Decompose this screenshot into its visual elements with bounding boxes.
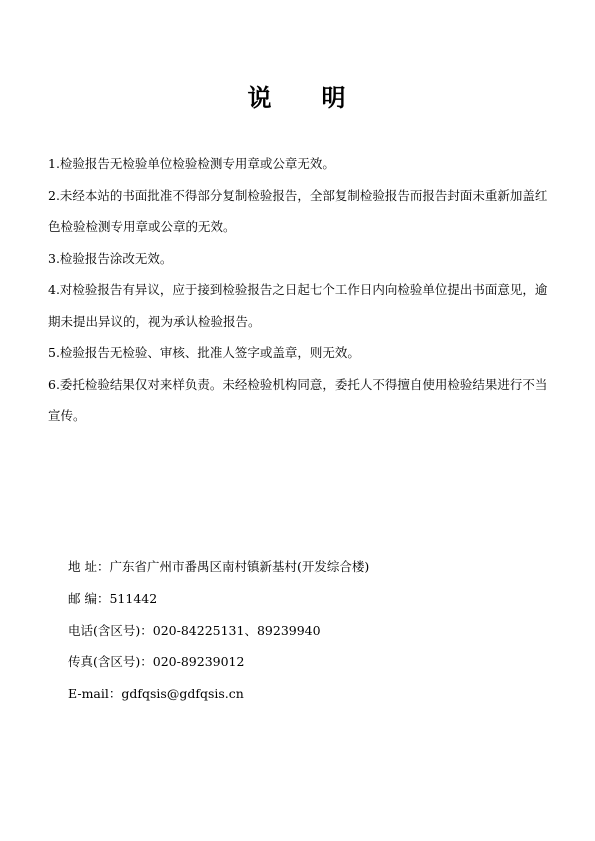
note-item-2: 2.未经本站的书面批准不得部分复制检验报告，全部复制检验报告而报告封面未重新加盖…: [48, 180, 558, 243]
note-item-6: 6.委托检验结果仅对来样负责。未经检验机构同意，委托人不得擅自使用检验结果进行不…: [48, 369, 558, 432]
page-title: 说明: [0, 78, 595, 113]
note-item-4: 4.对检验报告有异议，应于接到检验报告之日起七个工作日内向检验单位提出书面意见，…: [48, 274, 558, 337]
note-item-3: 3.检验报告涂改无效。: [48, 243, 558, 275]
contact-postcode: 邮 编：511442: [68, 583, 369, 615]
contact-info: 地 址：广东省广州市番禺区南村镇新基村(开发综合楼) 邮 编：511442 电话…: [68, 551, 369, 710]
notes-list: 1.检验报告无检验单位检验检测专用章或公章无效。 2.未经本站的书面批准不得部分…: [48, 148, 558, 432]
contact-address: 地 址：广东省广州市番禺区南村镇新基村(开发综合楼): [68, 551, 369, 583]
contact-email: E-mail：gdfqsis@gdfqsis.cn: [68, 678, 369, 710]
title-char-1: 说: [248, 78, 274, 113]
note-item-5: 5.检验报告无检验、审核、批准人签字或盖章，则无效。: [48, 337, 558, 369]
note-item-1: 1.检验报告无检验单位检验检测专用章或公章无效。: [48, 148, 558, 180]
contact-fax: 传真(含区号)：020-89239012: [68, 646, 369, 678]
contact-phone: 电话(含区号)：020-84225131、89239940: [68, 615, 369, 647]
title-char-2: 明: [322, 78, 348, 113]
